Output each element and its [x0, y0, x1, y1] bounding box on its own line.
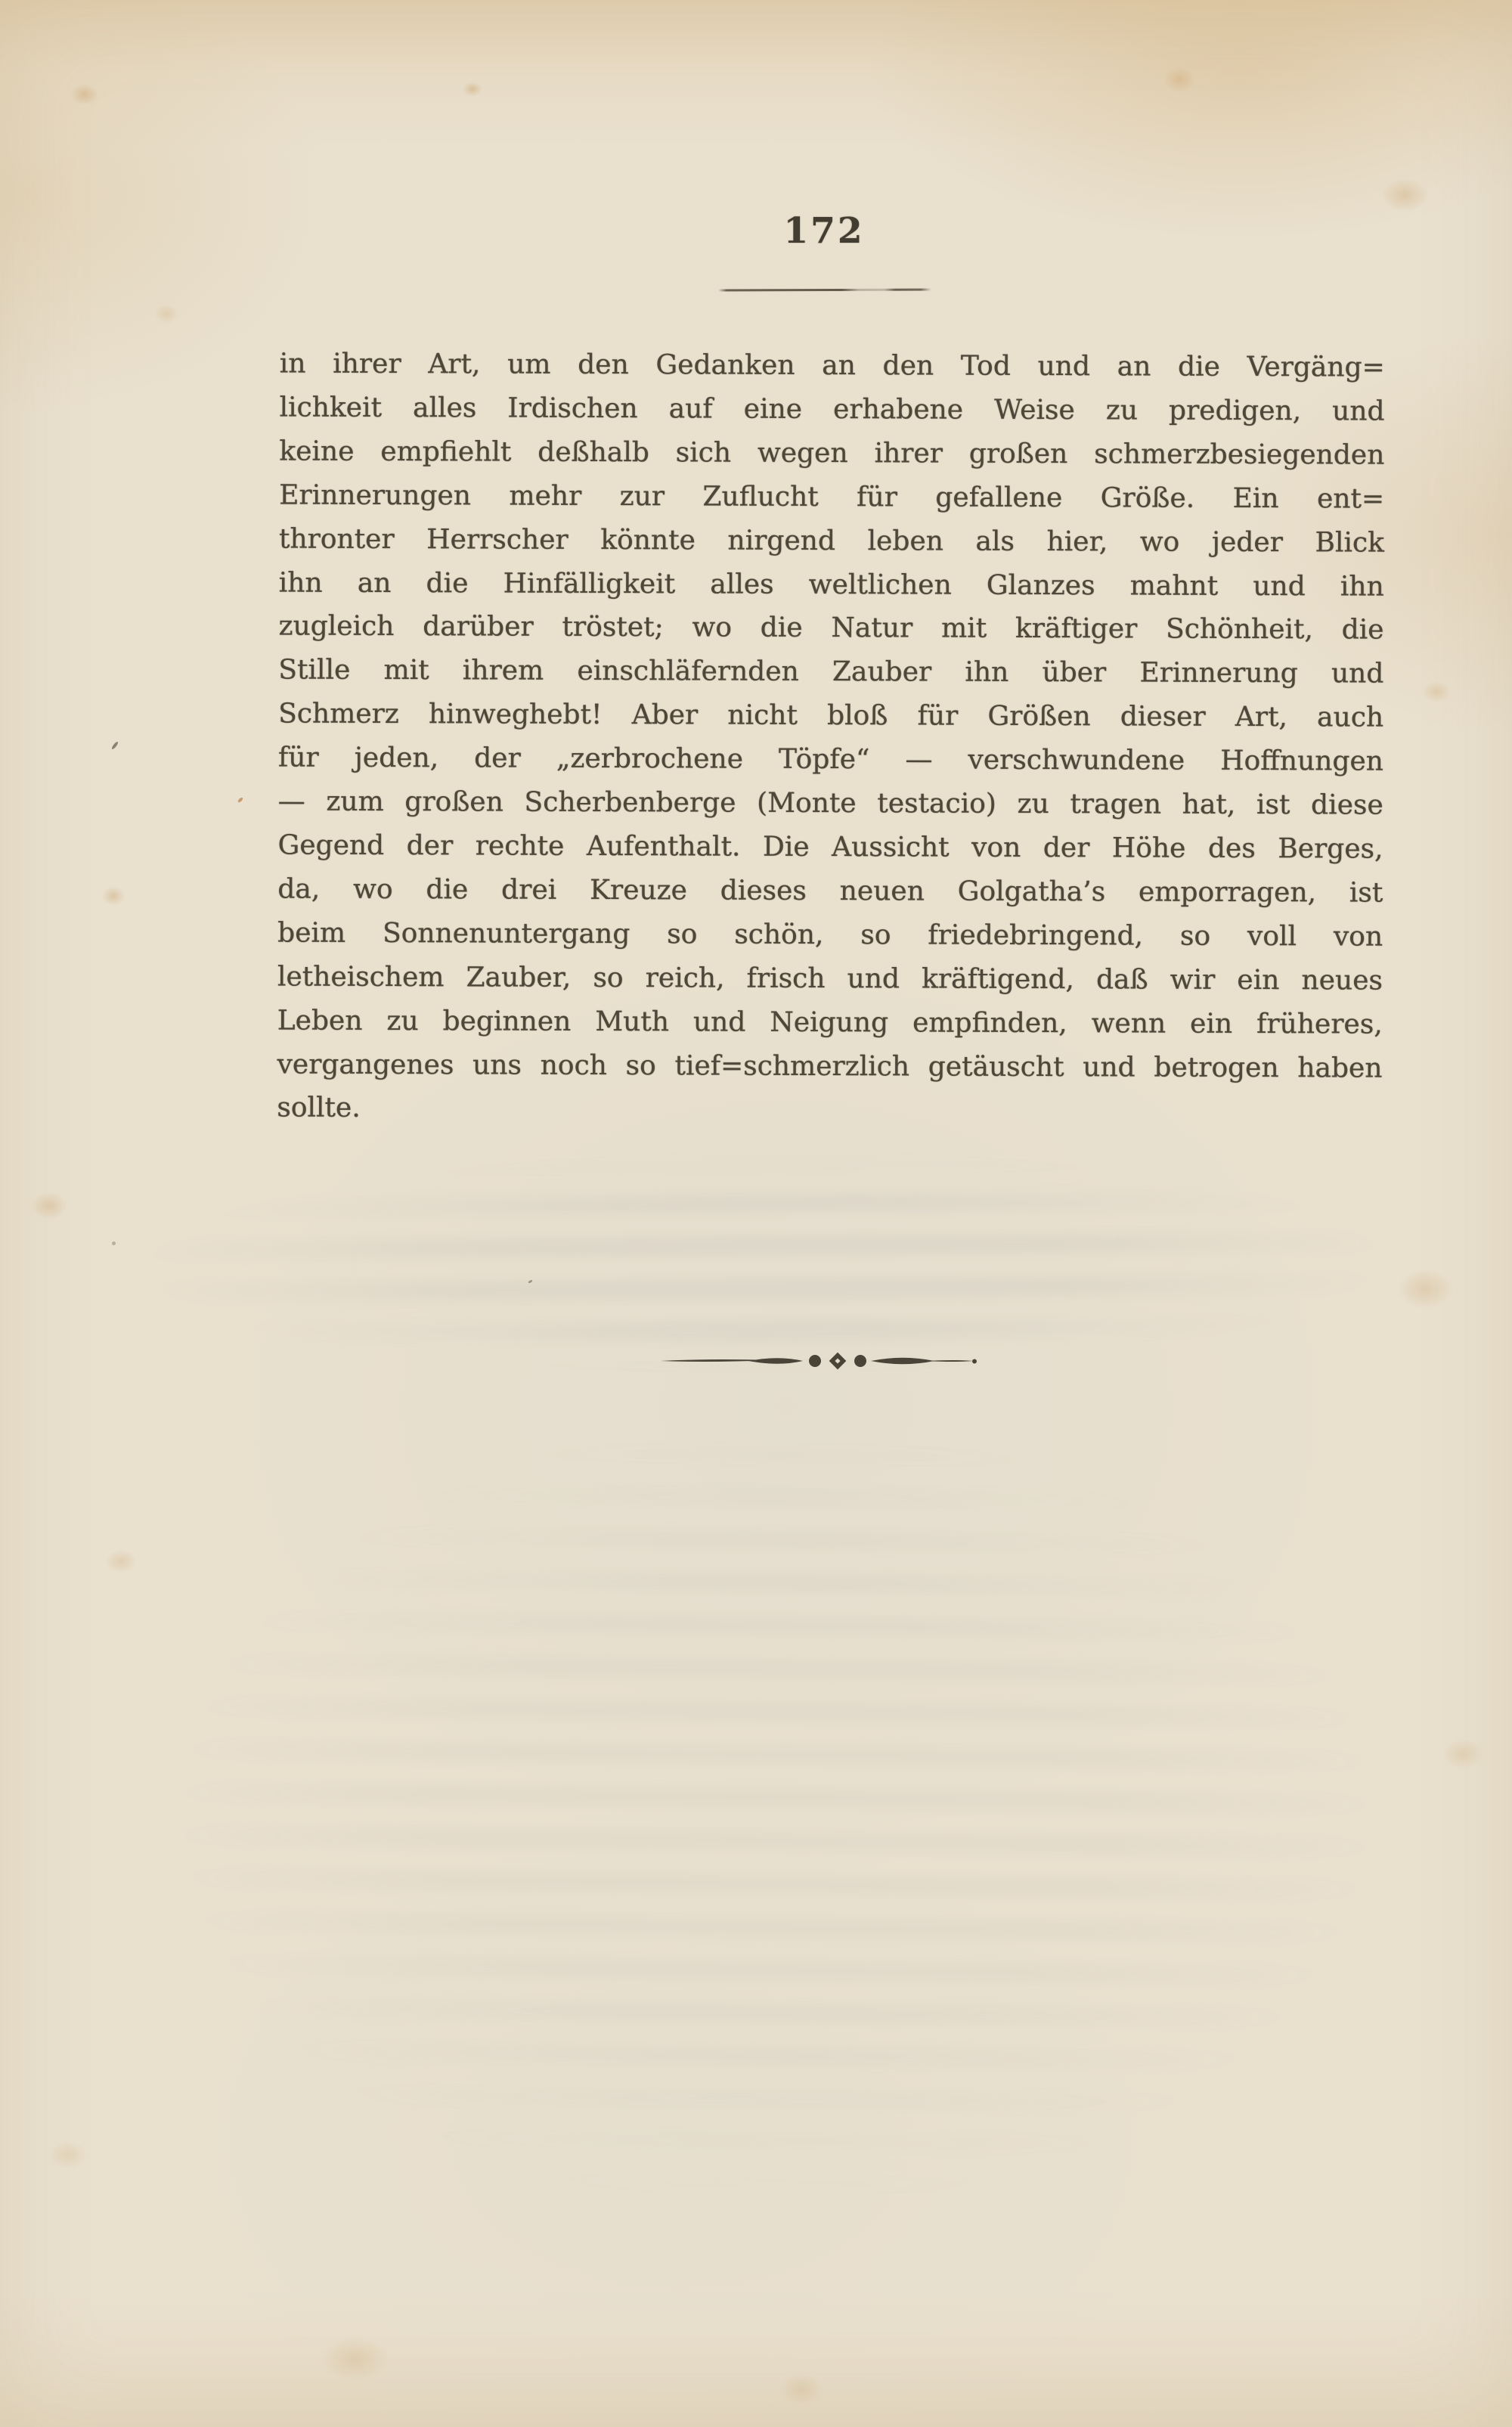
divider-ornament-icon [659, 1350, 980, 1372]
text-line: Erinnerungen mehr zur Zuflucht für gefal… [279, 473, 1384, 521]
text-line: für jeden, der „zerbrochene Töpfe“ — ver… [278, 736, 1383, 784]
text-line: beim Sonnenuntergang so schön, so friede… [277, 911, 1383, 959]
ink-speck [111, 741, 119, 750]
text-line: Schmerz hinweghebt! Aber nicht bloß für … [278, 693, 1383, 740]
page-number-rule [718, 289, 931, 292]
scanned-book-page: 172 in ihrer Art, um den Gedanken an den… [0, 0, 1512, 2427]
bleedthrough-text-region [135, 1145, 1392, 1381]
foxing-speck [112, 1241, 116, 1245]
text-line: zugleich darüber tröstet; wo die Natur m… [278, 605, 1383, 652]
ink-speck [528, 1279, 533, 1284]
text-line: da, wo die drei Kreuze dieses neuen Golg… [277, 867, 1383, 915]
text-line: Gegend der rechte Aufenthalt. Die Aussic… [277, 823, 1383, 871]
text-line: — zum großen Scherbenberge (Monte testac… [278, 780, 1383, 828]
text-line: Stille mit ihrem einschläfernden Zauber … [278, 649, 1383, 696]
foxing-speck [237, 797, 243, 803]
text-line: ihn an die Hinfälligkeit alles weltliche… [279, 561, 1384, 609]
text-line: sollte. [277, 1086, 1382, 1134]
page-number: 172 [718, 210, 930, 252]
text-line: letheischem Zauber, so reich, frisch und… [277, 955, 1383, 1003]
text-line: thronter Herrscher könnte nirgend leben … [279, 517, 1384, 565]
bleedthrough-text-region [159, 1406, 1391, 2223]
text-line: in ihrer Art, um den Gedanken an den Tod… [280, 342, 1385, 389]
body-text: in ihrer Art, um den Gedanken an den Tod… [277, 342, 1385, 1133]
text-line: lichkeit alles Irdischen auf eine erhabe… [279, 386, 1384, 433]
text-line: keine empfiehlt deßhalb sich wegen ihrer… [279, 429, 1384, 477]
text-line: vergangenes uns noch so tief=schmerzlich… [277, 1043, 1382, 1090]
text-line: Leben zu beginnen Muth und Neigung empfi… [277, 999, 1383, 1046]
